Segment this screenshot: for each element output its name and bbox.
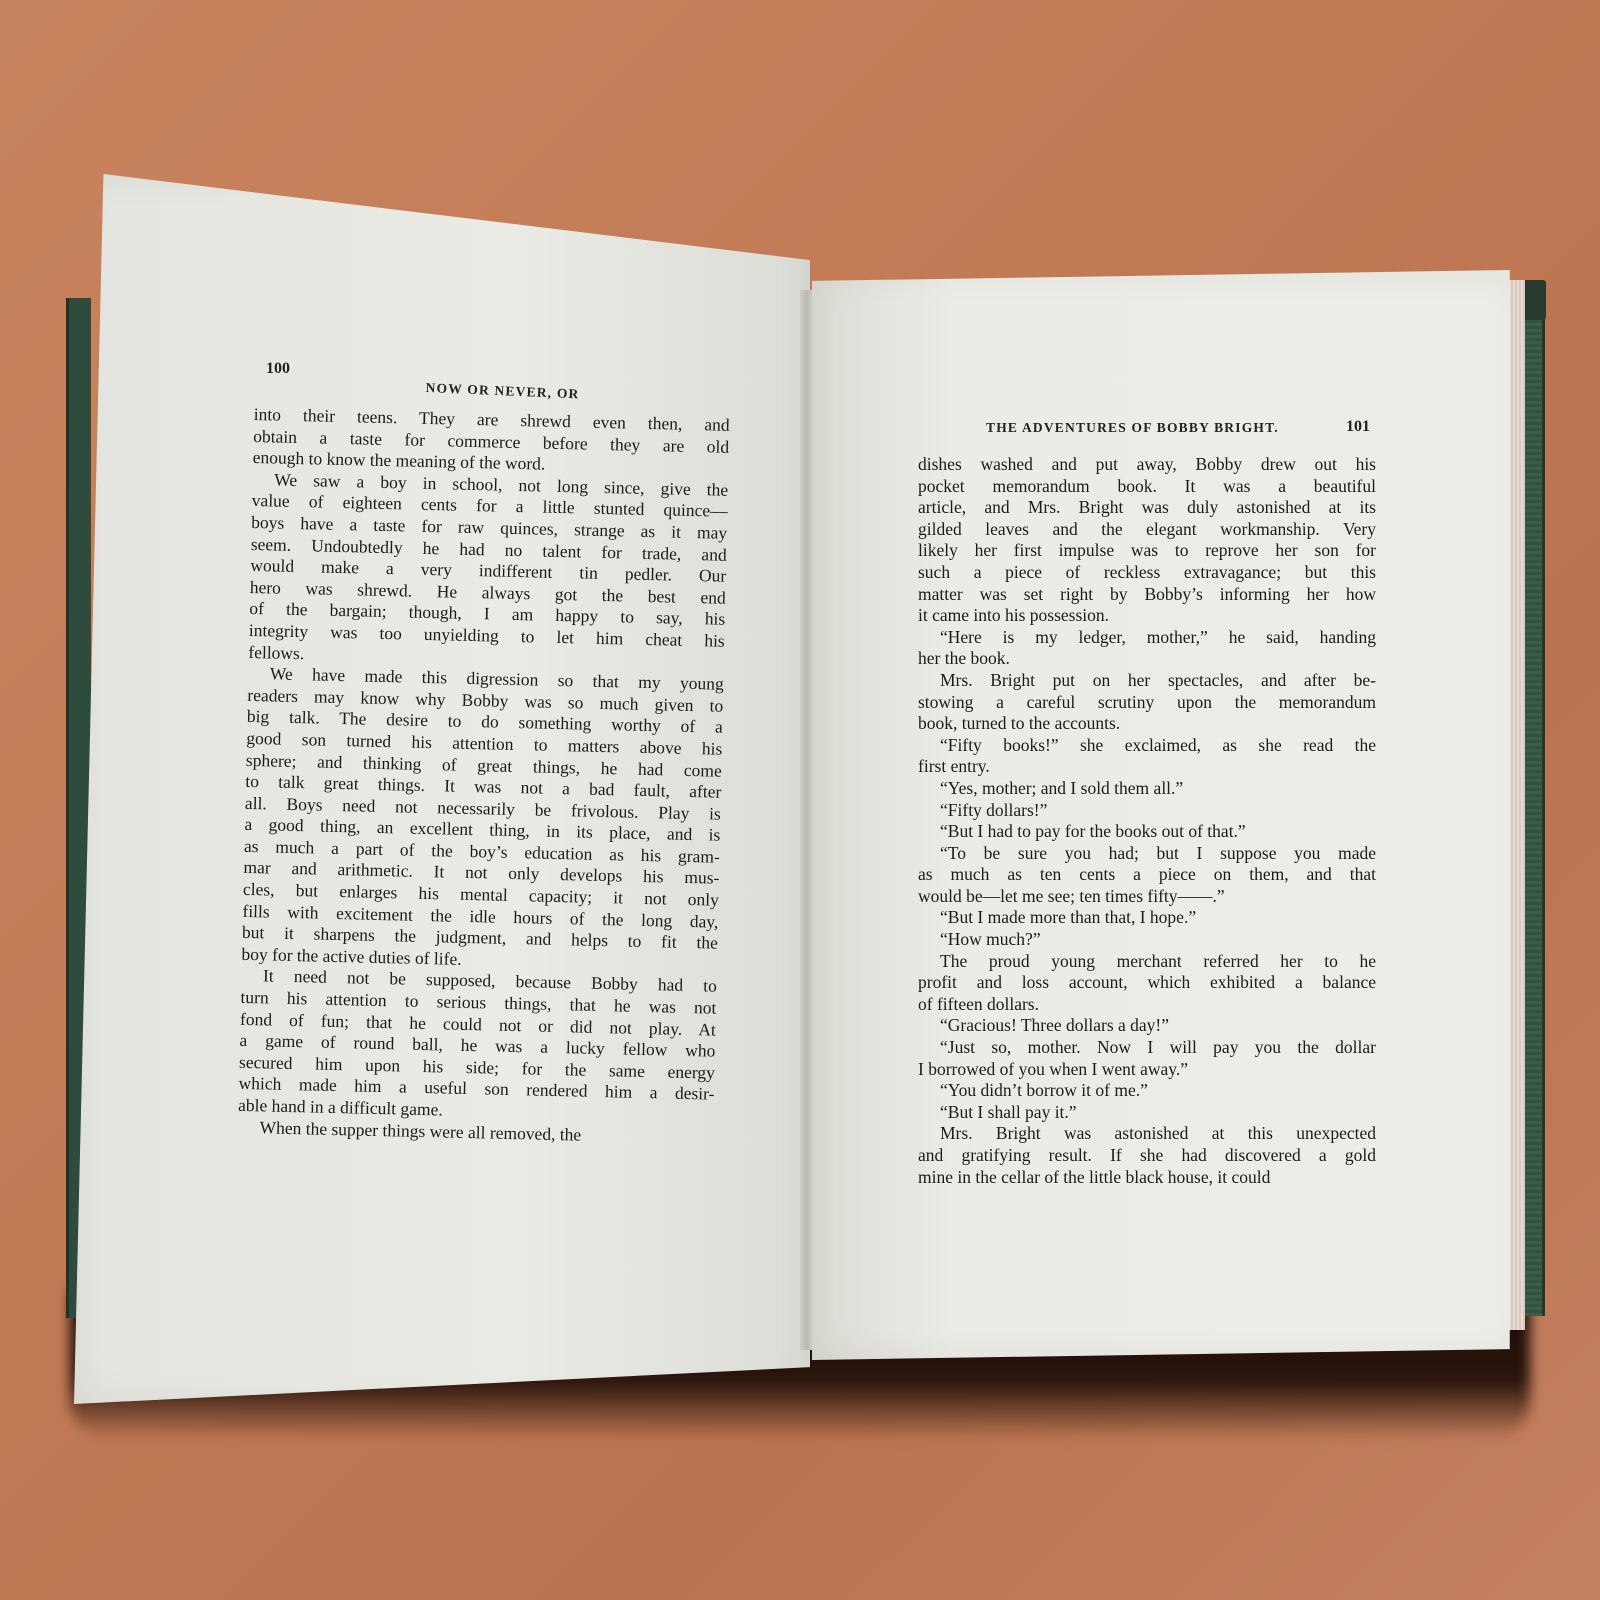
text-line: would be—let me see; ten times fifty——.” (918, 886, 1376, 908)
text-line: “Gracious! Three dollars a day!” (918, 1015, 1376, 1037)
text-line: as much as ten cents a piece on them, an… (918, 864, 1376, 886)
text-line: of fifteen dollars. (918, 994, 1376, 1016)
text-line: dishes washed and put away, Bobby drew o… (918, 454, 1376, 476)
text-line: stowing a careful scrutiny upon the memo… (918, 692, 1376, 714)
text-line: “How much?” (918, 929, 1376, 951)
text-line: “To be sure you had; but I suppose you m… (918, 843, 1376, 865)
right-page-number: 101 (1346, 418, 1370, 436)
text-line: “Fifty dollars!” (918, 800, 1376, 822)
text-line: mine in the cellar of the little black h… (918, 1167, 1376, 1189)
text-line: “Yes, mother; and I sold them all.” (918, 778, 1376, 800)
text-line: “Just so, mother. Now I will pay you the… (918, 1037, 1376, 1059)
text-line: gilded leaves and the elegant workmanshi… (918, 519, 1376, 541)
text-line: The proud young merchant referred her to… (918, 951, 1376, 973)
text-line: first entry. (918, 756, 1376, 778)
text-line: and gratifying result. If she had discov… (918, 1145, 1376, 1167)
text-line: pocket memorandum book. It was a beautif… (918, 476, 1376, 498)
text-line: “Fifty books!” she exclaimed, as she rea… (918, 735, 1376, 757)
text-line: “But I had to pay for the books out of t… (918, 821, 1376, 843)
text-line: Mrs. Bright put on her spectacles, and a… (918, 670, 1376, 692)
text-line: “Here is my ledger, mother,” he said, ha… (918, 627, 1376, 649)
left-page-body: into their teens. They are shrewd even t… (237, 404, 730, 1149)
left-page-number: 100 (266, 360, 290, 378)
text-line: Mrs. Bright was astonished at this unexp… (918, 1123, 1376, 1145)
text-line: it came into his possession. (918, 605, 1376, 627)
text-line: such a piece of reckless extravagance; b… (918, 562, 1376, 584)
text-line: book, turned to the accounts. (918, 713, 1376, 735)
text-line: profit and loss account, which exhibited… (918, 972, 1376, 994)
text-line: her the book. (918, 648, 1376, 670)
text-line: “But I shall pay it.” (918, 1102, 1376, 1124)
text-line: “You didn’t borrow it of me.” (918, 1080, 1376, 1102)
book-gutter (800, 290, 814, 1350)
text-line: likely her first impulse was to reprove … (918, 540, 1376, 562)
text-line: matter was set right by Bobby’s informin… (918, 584, 1376, 606)
text-line: article, and Mrs. Bright was duly astoni… (918, 497, 1376, 519)
text-line: “But I made more than that, I hope.” (918, 907, 1376, 929)
text-line: I borrowed of you when I went away.” (918, 1059, 1376, 1081)
right-page-body: dishes washed and put away, Bobby drew o… (918, 454, 1376, 1188)
right-running-head: THE ADVENTURES OF BOBBY BRIGHT. (986, 420, 1279, 436)
